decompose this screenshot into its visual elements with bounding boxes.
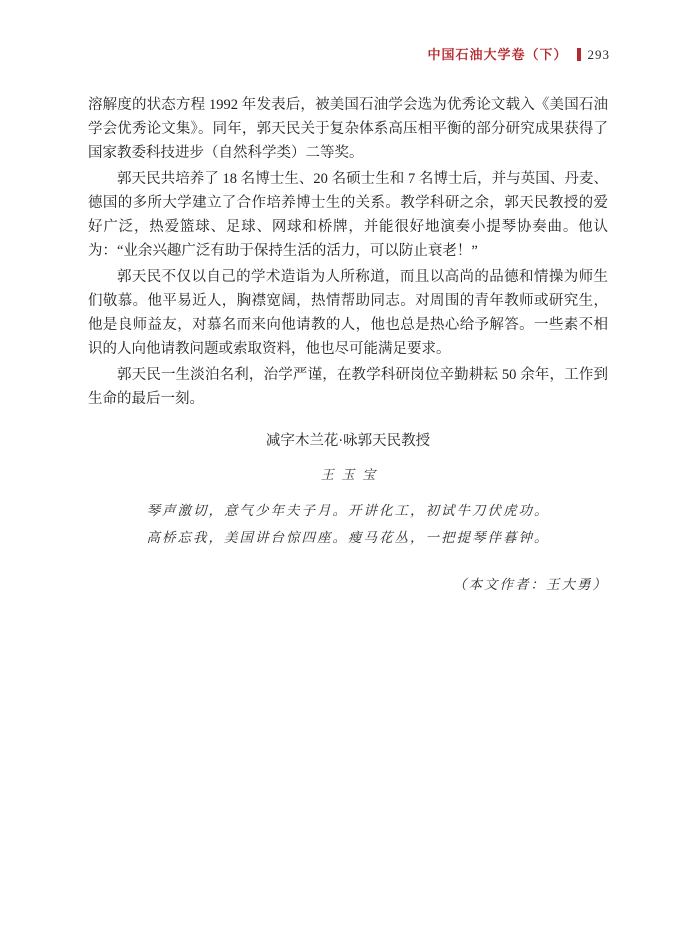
- body-paragraph-3: 郭天民不仅以自己的学术造诣为人所称道，而且以高尚的品德和情操为师生们敬慕。他平易…: [88, 265, 608, 361]
- body-paragraph-4: 郭天民一生淡泊名利，治学严谨，在教学科研岗位辛勤耕耘 50 余年，工作到生命的最…: [88, 363, 608, 411]
- poem-body: 琴声激切，意气少年夫子月。开讲化工，初试牛刀伏虎功。 高桥忘我，美国讲台惊四座。…: [88, 497, 608, 551]
- body-paragraph-1: 溶解度的状态方程 1992 年发表后，被美国石油学会选为优秀论文载入《美国石油学…: [88, 93, 608, 165]
- poem-author: 王玉宝: [88, 464, 608, 483]
- poem-title: 减字木兰花·咏郭天民教授: [88, 429, 608, 450]
- book-page: 中国石油大学卷（下）293 溶解度的状态方程 1992 年发表后，被美国石油学会…: [0, 0, 680, 945]
- header-accent-bar: [577, 48, 581, 61]
- poem-line-2: 高桥忘我，美国讲台惊四座。瘦马花丛，一把提琴伴暮钟。: [88, 524, 608, 551]
- volume-title: 中国石油大学卷（下）: [427, 47, 567, 62]
- article-body: 溶解度的状态方程 1992 年发表后，被美国石油学会选为优秀论文载入《美国石油学…: [88, 93, 608, 411]
- poem-line-1: 琴声激切，意气少年夫子月。开讲化工，初试牛刀伏虎功。: [88, 497, 608, 524]
- running-header: 中国石油大学卷（下）293: [88, 44, 610, 63]
- body-paragraph-2: 郭天民共培养了 18 名博士生、20 名硕士生和 7 名博士后，并与英国、丹麦、…: [88, 167, 608, 263]
- author-credit: （本文作者：王大勇）: [88, 573, 608, 593]
- page-number: 293: [588, 47, 611, 62]
